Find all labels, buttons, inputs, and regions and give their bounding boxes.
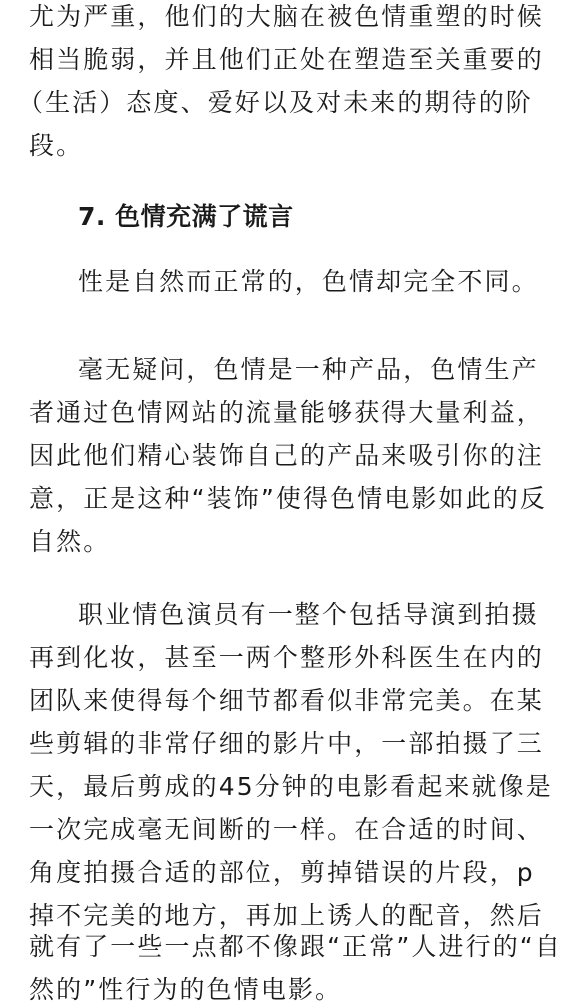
- text-line: 段。: [29, 131, 83, 161]
- section-heading: 7. 色情充满了谎言: [78, 202, 294, 232]
- text-line: 天，最后剪成的45分钟的电影看起来就像是: [29, 772, 553, 802]
- text-line: 尤为严重，他们的大脑在被色情重塑的时候: [29, 2, 544, 32]
- text-line: 就有了一些一点都不像跟“正常”人进行的“自: [29, 932, 562, 962]
- text-line: 再到化妆，甚至一两个整形外科医生在内的: [29, 643, 544, 673]
- text-line: 些剪辑的非常仔细的影片中，一部拍摄了三: [29, 729, 544, 759]
- text-line: 毫无疑问，色情是一种产品，色情生产: [78, 355, 539, 385]
- text-line: （生活）态度、爱好以及对未来的期待的阶: [18, 88, 533, 118]
- text-line: 职业情色演员有一整个包括导演到拍摄: [78, 600, 539, 630]
- text-line: 意，正是这种“装饰”使得色情电影如此的反: [29, 484, 547, 514]
- text-line: 团队来使得每个细节都看似非常完美。在某: [29, 686, 544, 716]
- text-line: 性是自然而正常的，色情却完全不同。: [78, 267, 539, 297]
- text-line: 者通过色情网站的流量能够获得大量利益，: [29, 398, 544, 428]
- text-line: 因此他们精心装饰自己的产品来吸引你的注: [29, 441, 544, 471]
- text-line: 掉不完美的地方，再加上诱人的配音，然后: [29, 901, 544, 931]
- text-line: 一次完成毫无间断的一样。在合适的时间、: [29, 815, 544, 845]
- text-line: 然的”性行为的色情电影。: [29, 975, 342, 1005]
- text-line: 角度拍摄合适的部位，剪掉错误的片段，p: [29, 858, 535, 888]
- text-line: 相当脆弱，并且他们正处在塑造至关重要的: [29, 45, 544, 75]
- text-line: 自然。: [29, 527, 110, 557]
